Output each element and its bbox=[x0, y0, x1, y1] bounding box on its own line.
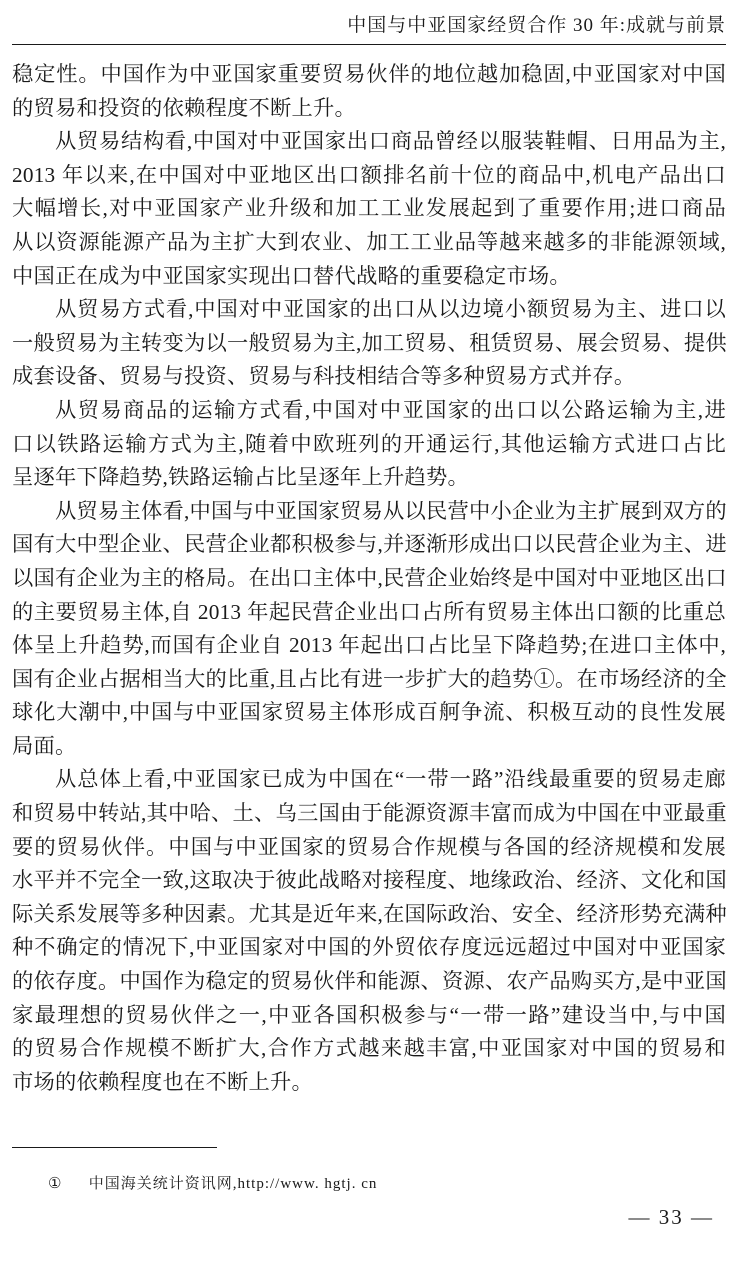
body-line: 水平并不完全一致,这取决于彼此战略对接程度、地缘政治、经济、文化和国 bbox=[12, 864, 726, 898]
body-line: 种不确定的情况下,中亚国家对中国的外贸依存度远远超过中国对中亚国家 bbox=[12, 931, 726, 965]
page-number: — 33 — bbox=[629, 1203, 715, 1231]
footnote-marker: ① bbox=[48, 1172, 84, 1196]
body-line: 的贸易合作规模不断扩大,合作方式越来越丰富,中亚国家对中国的贸易和 bbox=[12, 1032, 726, 1066]
body-line: 的主要贸易主体,自 2013 年起民营企业出口占所有贸易主体出口额的比重总 bbox=[12, 596, 726, 630]
body-line: 市场的依赖程度也在不断上升。 bbox=[12, 1066, 726, 1100]
body-line: 际关系发展等多种因素。尤其是近年来,在国际政治、安全、经济形势充满种 bbox=[12, 898, 726, 932]
body-line: 体呈上升趋势,而国有企业自 2013 年起出口占比呈下降趋势;在进口主体中, bbox=[12, 629, 726, 663]
body-line: 成套设备、贸易与投资、贸易与科技相结合等多种贸易方式并存。 bbox=[12, 360, 726, 394]
body-line: 一般贸易为主转变为以一般贸易为主,加工贸易、租赁贸易、展会贸易、提供 bbox=[12, 327, 726, 361]
body-line: 国有企业占据相当大的比重,且占比有进一步扩大的趋势①。在市场经济的全 bbox=[12, 663, 726, 697]
footnote-divider bbox=[12, 1147, 217, 1148]
body-line: 局面。 bbox=[12, 730, 726, 764]
running-header: 中国与中亚国家经贸合作 30 年:成就与前景 bbox=[12, 8, 726, 45]
body-line: 从贸易主体看,中国与中亚国家贸易从以民营中小企业为主扩展到双方的 bbox=[12, 495, 726, 529]
running-title: 中国与中亚国家经贸合作 30 年:成就与前景 bbox=[347, 15, 726, 36]
body-line: 大幅增长,对中亚国家产业升级和加工工业发展起到了重要作用;进口商品 bbox=[12, 192, 726, 226]
body-line: 球化大潮中,中国与中亚国家贸易主体形成百舸争流、积极互动的良性发展 bbox=[12, 696, 726, 730]
body-line: 中国正在成为中亚国家实现出口替代战略的重要稳定市场。 bbox=[12, 260, 726, 294]
body-line: 口以铁路运输方式为主,随着中欧班列的开通运行,其他运输方式进口占比 bbox=[12, 428, 726, 462]
body-line: 从贸易结构看,中国对中亚国家出口商品曾经以服装鞋帽、日用品为主, bbox=[12, 125, 726, 159]
body-line: 国有大中型企业、民营企业都积极参与,并逐渐形成出口以民营企业为主、进口 bbox=[12, 528, 726, 562]
body-text: 稳定性。中国作为中亚国家重要贸易伙伴的地位越加稳固,中亚国家对中国的贸易和投资的… bbox=[12, 58, 726, 1099]
body-line: 从以资源能源产品为主扩大到农业、加工工业品等越来越多的非能源领域, bbox=[12, 226, 726, 260]
body-line: 2013 年以来,在中国对中亚地区出口额排名前十位的商品中,机电产品出口 bbox=[12, 159, 726, 193]
body-line: 稳定性。中国作为中亚国家重要贸易伙伴的地位越加稳固,中亚国家对中国 bbox=[12, 58, 726, 92]
body-line: 呈逐年下降趋势,铁路运输占比呈逐年上升趋势。 bbox=[12, 461, 726, 495]
body-line: 和贸易中转站,其中哈、土、乌三国由于能源资源丰富而成为中国在中亚最重 bbox=[12, 797, 726, 831]
body-line: 从贸易方式看,中国对中亚国家的出口从以边境小额贸易为主、进口以 bbox=[12, 293, 726, 327]
footnote-text: 中国海关统计资讯网,http://www. hgtj. cn bbox=[89, 1176, 378, 1192]
body-line: 从总体上看,中亚国家已成为中国在“一带一路”沿线最重要的贸易走廊 bbox=[12, 763, 726, 797]
body-line: 家最理想的贸易伙伴之一,中亚各国积极参与“一带一路”建设当中,与中国 bbox=[12, 999, 726, 1033]
footnote: ① 中国海关统计资讯网,http://www. hgtj. cn bbox=[48, 1172, 377, 1196]
body-line: 的依存度。中国作为稳定的贸易伙伴和能源、资源、农产品购买方,是中亚国 bbox=[12, 965, 726, 999]
body-line: 的贸易和投资的依赖程度不断上升。 bbox=[12, 92, 726, 126]
body-line: 以国有企业为主的格局。在出口主体中,民营企业始终是中国对中亚地区出口 bbox=[12, 562, 726, 596]
body-line: 从贸易商品的运输方式看,中国对中亚国家的出口以公路运输为主,进 bbox=[12, 394, 726, 428]
body-line: 要的贸易伙伴。中国与中亚国家的贸易合作规模与各国的经济规模和发展 bbox=[12, 831, 726, 865]
